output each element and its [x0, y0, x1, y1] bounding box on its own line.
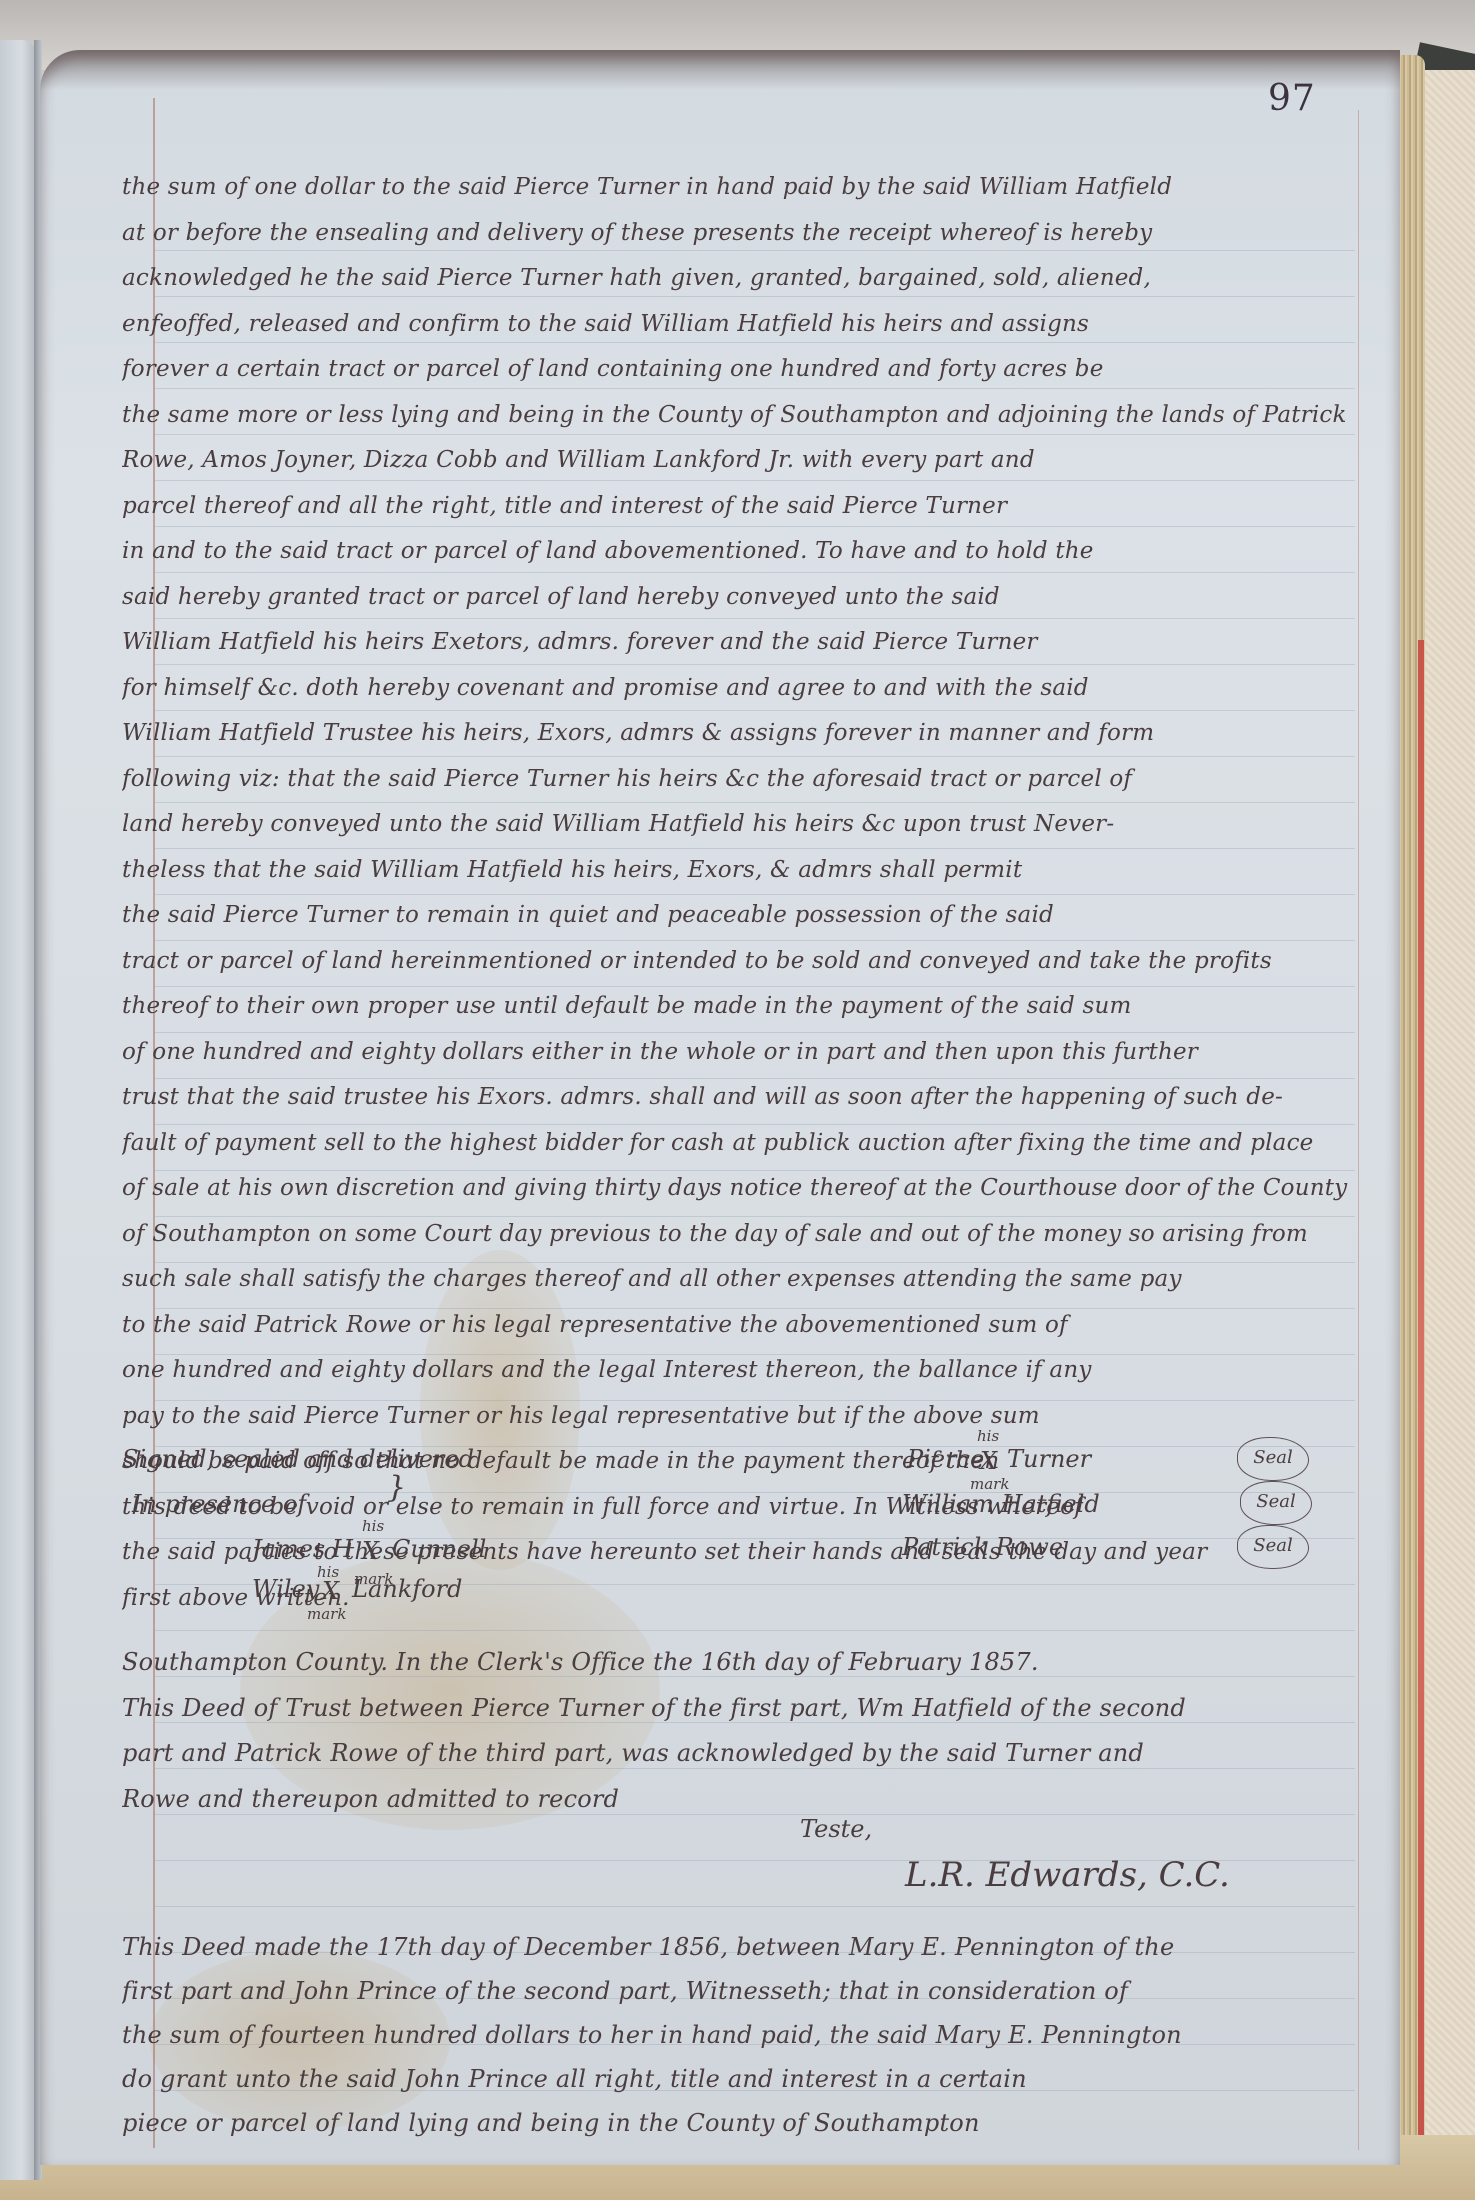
text-line: the said Pierce Turner to remain in quie…	[122, 893, 1402, 939]
signatory-x-mark: X	[980, 1447, 997, 1475]
text-line: of sale at his own discretion and giving…	[122, 1166, 1402, 1212]
text-line: piece or parcel of land lying and being …	[122, 2101, 1402, 2145]
facing-page-edge	[0, 40, 36, 2180]
clerk-certificate: Southampton County. In the Clerk's Offic…	[122, 1640, 1402, 1822]
text-line: theless that the said William Hatfield h…	[122, 848, 1402, 894]
text-line: such sale shall satisfy the charges ther…	[122, 1257, 1402, 1303]
attestation-line: In presence of	[132, 1490, 306, 1518]
witness-x-mark: X	[322, 1577, 339, 1605]
next-deed-body: This Deed made the 17th day of December …	[122, 1925, 1402, 2145]
clerk-signature: L.R. Edwards, C.C.	[905, 1855, 1230, 1895]
text-line: forever a certain tract or parcel of lan…	[122, 347, 1402, 393]
mark-label-mark: mark	[307, 1605, 346, 1623]
attestation-line: Signed, sealed and delivered	[122, 1445, 474, 1473]
mark-label-his: his	[362, 1517, 384, 1535]
text-line: Rowe and thereupon admitted to record	[122, 1777, 1402, 1823]
text-line: of Southampton on some Court day previou…	[122, 1212, 1402, 1258]
signature-block: Signed, sealed and delivered In presence…	[122, 1445, 1322, 1625]
brace: }	[387, 1470, 406, 1505]
page-number: 97	[1268, 78, 1316, 119]
text-line: acknowledged he the said Pierce Turner h…	[122, 256, 1402, 302]
text-line: fault of payment sell to the highest bid…	[122, 1121, 1402, 1167]
text-line: William Hatfield Trustee his heirs, Exor…	[122, 711, 1402, 757]
signatory-first-name: Pierce	[907, 1445, 984, 1473]
text-line: one hundred and eighty dollars and the l…	[122, 1348, 1402, 1394]
text-line: enfeoffed, released and confirm to the s…	[122, 302, 1402, 348]
text-line: This Deed made the 17th day of December …	[122, 1925, 1402, 1969]
text-line: This Deed of Trust between Pierce Turner…	[122, 1686, 1402, 1732]
witness-x-mark: X	[362, 1537, 379, 1565]
text-line: to the said Patrick Rowe or his legal re…	[122, 1303, 1402, 1349]
text-line: Southampton County. In the Clerk's Offic…	[122, 1640, 1402, 1686]
signatory-last-name: Turner	[1007, 1445, 1091, 1473]
text-line: parcel thereof and all the right, title …	[122, 484, 1402, 530]
signatory-name: Patrick Rowe	[902, 1533, 1063, 1561]
text-line: Rowe, Amos Joyner, Dizza Cobb and Willia…	[122, 438, 1402, 484]
witness-first-name: Wiley	[252, 1575, 319, 1603]
text-line: land hereby conveyed unto the said Willi…	[122, 802, 1402, 848]
text-line: the sum of fourteen hundred dollars to h…	[122, 2013, 1402, 2057]
seal-scroll: Seal	[1240, 1481, 1312, 1525]
seal-scroll: Seal	[1237, 1525, 1309, 1569]
text-line: the sum of one dollar to the said Pierce…	[122, 165, 1402, 211]
text-line: thereof to their own proper use until de…	[122, 984, 1402, 1030]
book-cover-red-edge	[1418, 640, 1424, 2200]
text-line: trust that the said trustee his Exors. a…	[122, 1075, 1402, 1121]
witness-initial: H	[332, 1535, 353, 1563]
text-line: of one hundred and eighty dollars either…	[122, 1030, 1402, 1076]
text-line: do grant unto the said John Prince all r…	[122, 2057, 1402, 2101]
text-line: the same more or less lying and being in…	[122, 393, 1402, 439]
text-line: following viz: that the said Pierce Turn…	[122, 757, 1402, 803]
witness-last-name: Lankford	[352, 1575, 462, 1603]
text-line: first part and John Prince of the second…	[122, 1969, 1402, 2013]
text-line: in and to the said tract or parcel of la…	[122, 529, 1402, 575]
text-line: tract or parcel of land hereinmentioned …	[122, 939, 1402, 985]
signatory-name: William Hatfield	[902, 1490, 1100, 1518]
text-line: part and Patrick Rowe of the third part,…	[122, 1731, 1402, 1777]
text-line: for himself &c. doth hereby covenant and…	[122, 666, 1402, 712]
text-line: William Hatfield his heirs Exetors, admr…	[122, 620, 1402, 666]
text-line: pay to the said Pierce Turner or his leg…	[122, 1394, 1402, 1440]
witness-last-name: Cunnell	[392, 1535, 486, 1563]
seal-scroll: Seal	[1237, 1437, 1309, 1481]
witness-first-name: James	[252, 1535, 325, 1563]
deed-of-trust-body: the sum of one dollar to the said Pierce…	[122, 165, 1402, 1621]
mark-label-his: his	[977, 1427, 999, 1445]
text-line: at or before the ensealing and delivery …	[122, 211, 1402, 257]
text-line: said hereby granted tract or parcel of l…	[122, 575, 1402, 621]
teste-label: Teste,	[800, 1815, 872, 1843]
